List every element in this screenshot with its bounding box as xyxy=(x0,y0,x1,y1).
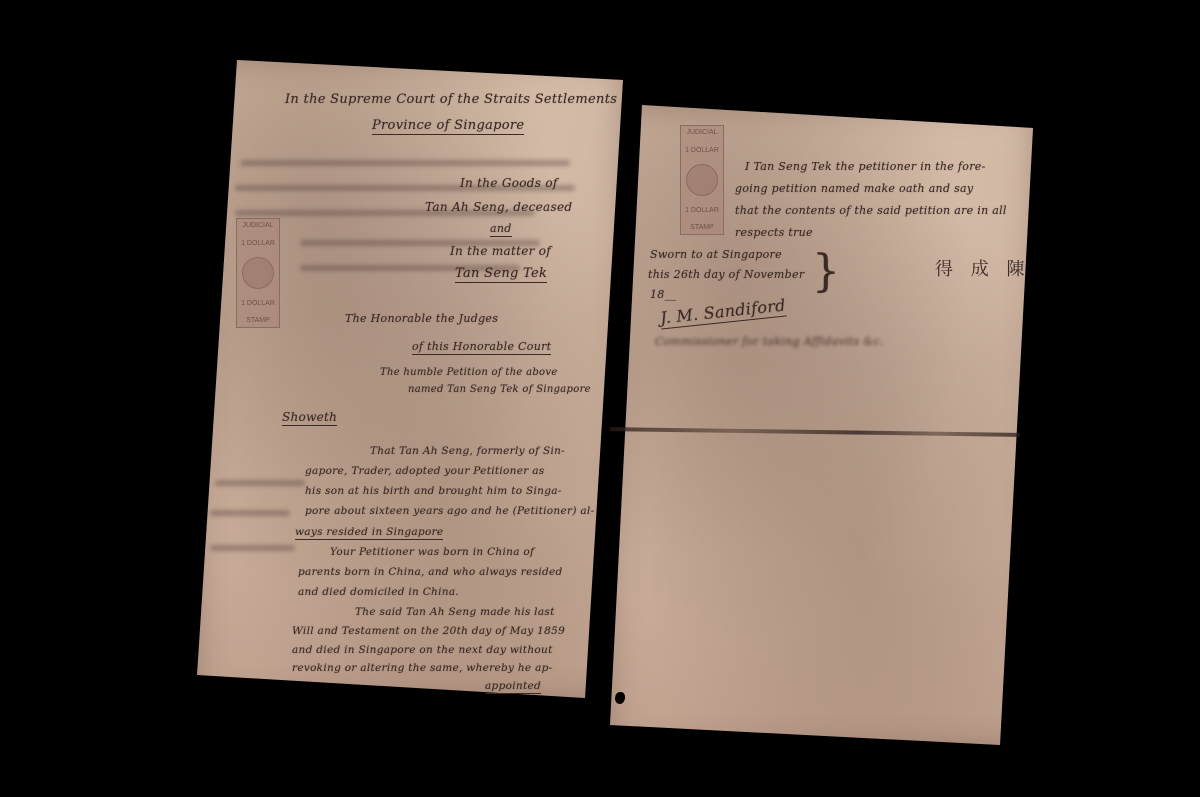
chinese-signature: 得 成 陳 xyxy=(935,255,1030,281)
matter-line: In the Goods of xyxy=(460,176,558,190)
body-line: gapore, Trader, adopted your Petitioner … xyxy=(305,465,544,477)
body-line: and died domiciled in China. xyxy=(298,586,459,598)
matter-and: and xyxy=(490,222,512,237)
court-heading: In the Supreme Court of the Straits Sett… xyxy=(285,92,617,107)
body-line: Your Petitioner was born in China of xyxy=(330,546,534,558)
petition-intro: named Tan Seng Tek of Singapore xyxy=(408,384,591,395)
bleed-through-line xyxy=(240,160,570,166)
stamp-bottom-label: STAMP xyxy=(690,224,714,231)
judicial-stamp: JUDICIAL 1 DOLLAR 1 DOLLAR STAMP xyxy=(236,218,280,328)
showeth-heading: Showeth xyxy=(282,410,337,426)
stamp-top-label: JUDICIAL xyxy=(242,222,273,229)
sworn-date: this 26th day of November xyxy=(648,268,804,281)
stamp-medallion-icon xyxy=(242,257,274,289)
oath-line: I Tan Seng Tek the petitioner in the for… xyxy=(745,160,986,173)
body-line: and died in Singapore on the next day wi… xyxy=(292,644,553,656)
stamp-bottom-label: STAMP xyxy=(246,317,270,324)
left-document-page xyxy=(197,60,623,700)
address-line: The Honorable the Judges xyxy=(345,312,498,325)
province-heading: Province of Singapore xyxy=(372,118,524,135)
right-document-page xyxy=(610,105,1035,747)
petitioner-name: Tan Seng Tek xyxy=(455,266,547,283)
body-line: parents born in China, and who always re… xyxy=(298,566,563,578)
stamp-value: 1 DOLLAR xyxy=(241,300,275,307)
deceased-name: Tan Ah Seng, deceased xyxy=(425,200,572,214)
stamp-value: 1 DOLLAR xyxy=(685,147,719,154)
body-line: pore about sixteen years ago and he (Pet… xyxy=(305,505,594,517)
stamp-top-label: JUDICIAL xyxy=(686,129,717,136)
petition-intro: The humble Petition of the above xyxy=(380,367,558,378)
address-line: of this Honorable Court xyxy=(412,340,551,355)
oath-line: respects true xyxy=(735,226,813,239)
body-line: Will and Testament on the 20th day of Ma… xyxy=(292,625,565,637)
bleed-through-line xyxy=(210,510,290,516)
body-line: appointed xyxy=(485,680,541,694)
bleed-through-line xyxy=(210,545,295,551)
oath-line: that the contents of the said petition a… xyxy=(735,204,1007,217)
stamp-value: 1 DOLLAR xyxy=(241,240,275,247)
matter-line: In the matter of xyxy=(450,244,551,258)
commissioner-title: Commissioner for taking Affidavits &c. xyxy=(655,335,884,348)
oath-line: going petition named make oath and say xyxy=(735,182,973,195)
body-line: ways resided in Singapore xyxy=(295,526,443,540)
bleed-through-line xyxy=(215,480,305,486)
body-line: revoking or altering the same, whereby h… xyxy=(292,662,553,674)
body-line: his son at his birth and brought him to … xyxy=(305,485,562,497)
body-line: The said Tan Ah Seng made his last xyxy=(355,606,555,618)
sworn-line: Sworn to at Singapore xyxy=(650,248,782,261)
bracket: } xyxy=(812,250,840,294)
body-line: That Tan Ah Seng, formerly of Sin- xyxy=(370,445,565,457)
judicial-stamp: JUDICIAL 1 DOLLAR 1 DOLLAR STAMP xyxy=(680,125,724,235)
sworn-year: 18__ xyxy=(650,288,676,301)
stamp-value: 1 DOLLAR xyxy=(685,207,719,214)
stamp-medallion-icon xyxy=(686,164,718,196)
